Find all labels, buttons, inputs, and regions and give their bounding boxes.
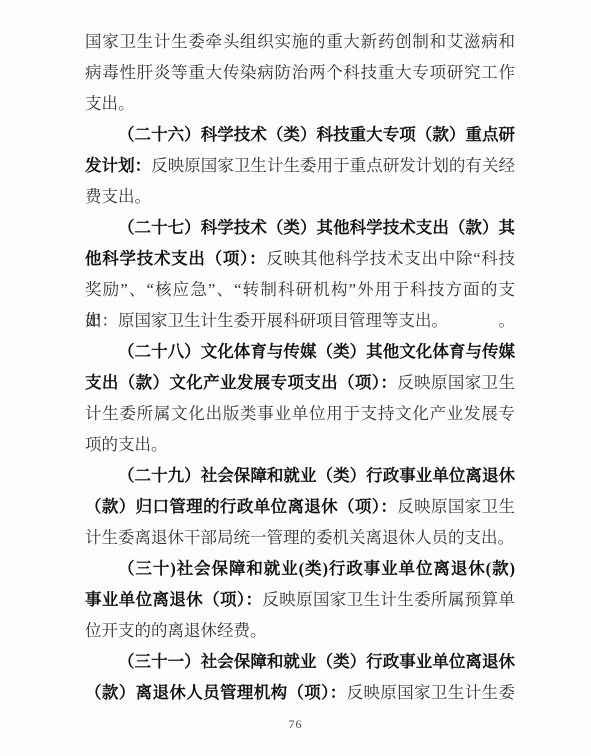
text-line: 他科学技术支出（项）：反映其他科学技术支出中除“科技 (85, 243, 515, 274)
body-segment: 项的支出。 (85, 435, 168, 454)
document-page: 国家卫生计生委牵头组织实施的重大新药创制和艾滋病和病毒性肝炎等重大传染病防治两个… (0, 0, 591, 756)
heading-segment: （二十七）科学技术（类）其他科学技术支出（款）其 (118, 218, 515, 237)
text-line: （二十九）社会保障和就业（类）行政事业单位离退休 (85, 460, 515, 491)
text-line: 奖励”、“核应急”、“转制科研机构”外用于科技方面的支出。 (85, 274, 515, 305)
text-line: 费支出。 (85, 181, 515, 212)
text-line: 支出（款）文化产业发展专项支出（项）：反映原国家卫生 (85, 367, 515, 398)
text-line: 项的支出。 (85, 429, 515, 460)
body-segment: 反映原国家卫生计生委用于重点研发计划的有关经 (151, 156, 515, 175)
paragraph: （二十八）文化体育与传媒（类）其他文化体育与传媒支出（款）文化产业发展专项支出（… (85, 336, 515, 460)
heading-segment: （三十)社会保障和就业(类)行政事业单位离退休(款) (118, 559, 515, 578)
body-segment: 计生委离退休干部局统一管理的委机关离退休人员的支出。 (85, 528, 514, 547)
heading-segment: 支出（款）文化产业发展专项支出（项）： (85, 373, 397, 392)
text-line: 计生委所属文化出版类事业单位用于支持文化产业发展专 (85, 398, 515, 429)
paragraph: （三十一）社会保障和就业（类）行政事业单位离退休（款）离退休人员管理机构（项）：… (85, 646, 515, 708)
body-segment: 反映其他科学技术支出中除“科技 (266, 249, 515, 268)
text-line: （三十一）社会保障和就业（类）行政事业单位离退休 (85, 646, 515, 677)
heading-segment: （二十九）社会保障和就业（类）行政事业单位离退休 (118, 466, 515, 485)
heading-segment: 他科学技术支出（项）： (85, 249, 266, 268)
text-line: 计生委离退休干部局统一管理的委机关离退休人员的支出。 (85, 522, 515, 553)
body-segment: 反映原国家卫生计生委 (347, 683, 515, 702)
paragraph: （二十九）社会保障和就业（类）行政事业单位离退休（款）归口管理的行政单位离退休（… (85, 460, 515, 553)
text-line: 病毒性肝炎等重大传染病防治两个科技重大专项研究工作 (85, 57, 515, 88)
text-line: （三十)社会保障和就业(类)行政事业单位离退休(款) (85, 553, 515, 584)
body-segment: 反映原国家卫生 (397, 373, 515, 392)
text-line: （款）离退休人员管理机构（项）：反映原国家卫生计生委 (85, 677, 515, 708)
text-line: 位开支的的离退休经费。 (85, 615, 515, 646)
body-segment: 位开支的的离退休经费。 (85, 621, 267, 640)
page-number: 76 (0, 717, 591, 732)
heading-segment: （款）归口管理的行政单位离退休（项）： (85, 497, 397, 516)
heading-segment: （二十八）文化体育与传媒（类）其他文化体育与传媒 (118, 342, 515, 361)
body-segment: 反映原国家卫生计生委所属预算单 (262, 590, 515, 609)
body-segment: 费支出。 (85, 187, 151, 206)
text-line: 支出。 (85, 88, 515, 119)
paragraph: （二十七）科学技术（类）其他科学技术支出（款）其他科学技术支出（项）：反映其他科… (85, 212, 515, 336)
text-line: （二十七）科学技术（类）其他科学技术支出（款）其 (85, 212, 515, 243)
text-line: 事业单位离退休（项）：反映原国家卫生计生委所属预算单 (85, 584, 515, 615)
paragraph: （二十六）科学技术（类）科技重大专项（款）重点研发计划：反映原国家卫生计生委用于… (85, 119, 515, 212)
heading-segment: （款）离退休人员管理机构（项）： (85, 683, 347, 702)
heading-segment: 事业单位离退休（项）： (85, 590, 262, 609)
body-segment: 国家卫生计生委牵头组织实施的重大新药创制和艾滋病和 (85, 32, 515, 51)
body-segment: 支出。 (85, 94, 135, 113)
paragraph: （三十)社会保障和就业(类)行政事业单位离退休(款)事业单位离退休（项）：反映原… (85, 553, 515, 646)
body-text: 国家卫生计生委牵头组织实施的重大新药创制和艾滋病和病毒性肝炎等重大传染病防治两个… (85, 26, 515, 708)
text-line: （二十八）文化体育与传媒（类）其他文化体育与传媒 (85, 336, 515, 367)
body-segment: 如：原国家卫生计生委开展科研项目管理等支出。 (85, 311, 448, 330)
heading-segment: （二十六）科学技术（类）科技重大专项（款）重点研 (118, 125, 515, 144)
text-line: （款）归口管理的行政单位离退休（项）：反映原国家卫生 (85, 491, 515, 522)
body-segment: 反映原国家卫生 (397, 497, 515, 516)
heading-segment: （三十一）社会保障和就业（类）行政事业单位离退休 (118, 652, 515, 671)
body-segment: 病毒性肝炎等重大传染病防治两个科技重大专项研究工作 (85, 63, 515, 82)
paragraph: 国家卫生计生委牵头组织实施的重大新药创制和艾滋病和病毒性肝炎等重大传染病防治两个… (85, 26, 515, 119)
text-line: （二十六）科学技术（类）科技重大专项（款）重点研 (85, 119, 515, 150)
body-segment: 计生委所属文化出版类事业单位用于支持文化产业发展专 (85, 404, 515, 423)
text-line: 国家卫生计生委牵头组织实施的重大新药创制和艾滋病和 (85, 26, 515, 57)
text-line: 发计划：反映原国家卫生计生委用于重点研发计划的有关经 (85, 150, 515, 181)
heading-segment: 发计划： (85, 156, 151, 175)
